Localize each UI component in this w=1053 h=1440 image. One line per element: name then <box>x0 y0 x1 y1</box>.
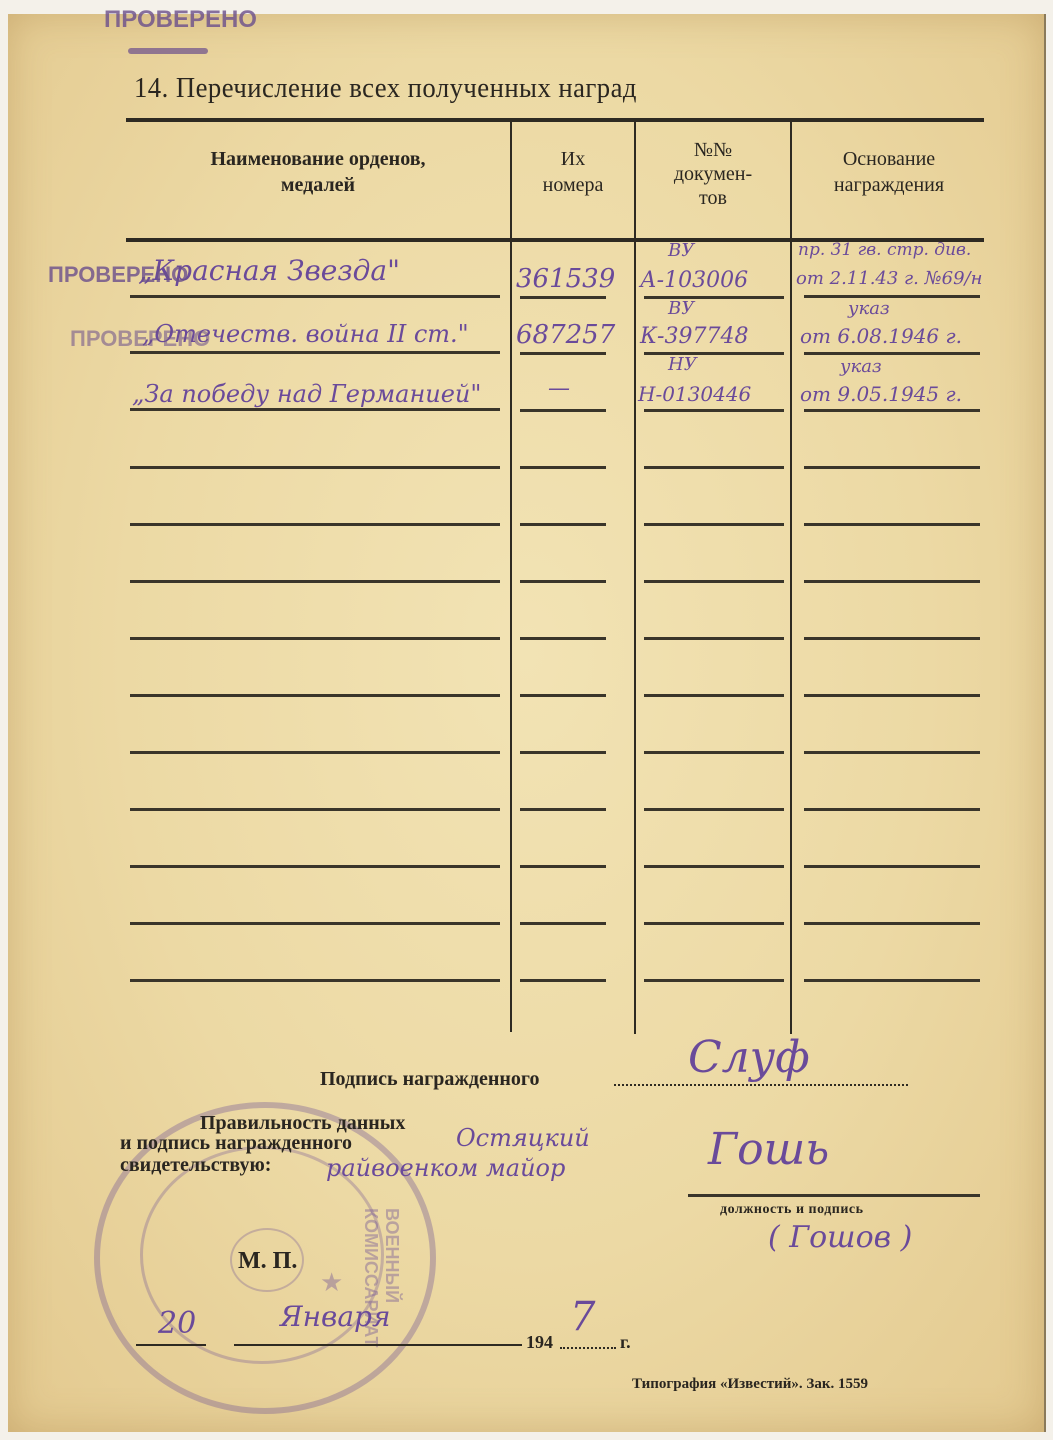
empty-row-line <box>644 751 784 754</box>
row-line <box>130 295 500 298</box>
empty-row-line <box>520 523 606 526</box>
award-basis-line1: пр. 31 гв. стр. див. <box>798 240 971 260</box>
header-line: №№ <box>638 138 788 162</box>
section-title: 14. Перечисление всех полученных наград <box>134 72 637 105</box>
empty-row-line <box>130 922 500 925</box>
seal-label: М. П. <box>238 1248 297 1275</box>
empty-row-line <box>130 979 500 982</box>
award-basis-line1: указ <box>840 356 882 377</box>
date-year-prefix: 194 <box>526 1332 553 1353</box>
empty-row-line <box>520 694 606 697</box>
empty-row-line <box>804 751 980 754</box>
stamp-mark <box>128 48 208 54</box>
header-line: Основание <box>794 146 984 172</box>
position-signature-caption: должность и подпись <box>720 1202 864 1218</box>
award-basis-line1: указ <box>848 298 890 319</box>
empty-row-line <box>130 694 500 697</box>
column-divider-2 <box>634 122 636 1034</box>
row-line <box>644 296 784 299</box>
header-line: медалей <box>148 172 488 198</box>
header-basis: Основание награждения <box>794 146 984 198</box>
empty-row-line <box>130 466 500 469</box>
empty-row-line <box>644 694 784 697</box>
empty-row-line <box>520 922 606 925</box>
empty-row-line <box>804 865 980 868</box>
certifier-name: ( Гошов ) <box>768 1220 912 1255</box>
date-year-unit: г. <box>620 1332 631 1353</box>
document-page: ПРОВЕРЕНО 14. Перечисление всех полученн… <box>8 14 1046 1432</box>
row-line <box>520 296 606 299</box>
certifier-signature: Гошь <box>708 1124 829 1175</box>
empty-row-line <box>130 580 500 583</box>
date-day: 20 <box>158 1306 196 1341</box>
stamp-checked-row2: ПРОВЕРЕНО <box>70 326 210 352</box>
award-number: 361539 <box>516 264 615 294</box>
row-line <box>804 352 980 355</box>
header-line: тов <box>638 186 788 210</box>
column-divider-1 <box>510 122 512 1032</box>
empty-row-line <box>130 751 500 754</box>
doc-number: А-103006 <box>640 268 748 293</box>
date-day-line <box>136 1344 206 1346</box>
certifier-signature-line <box>688 1194 980 1197</box>
certifier-position-2: райвоенком майор <box>326 1154 565 1182</box>
empty-row-line <box>130 523 500 526</box>
empty-row-line <box>130 637 500 640</box>
stamp-checked-row1: ПРОВЕРЕНО <box>48 262 188 288</box>
header-award-name: Наименование орденов, медалей <box>148 146 488 198</box>
awardee-signature: Слуф <box>688 1032 810 1083</box>
header-documents: №№ докумен- тов <box>638 138 788 210</box>
empty-row-line <box>804 979 980 982</box>
awardee-signature-line <box>614 1084 908 1086</box>
doc-number: Н-0130446 <box>638 382 751 406</box>
empty-row-line <box>804 808 980 811</box>
header-line: Наименование орденов, <box>148 146 488 172</box>
empty-row-line <box>520 865 606 868</box>
header-line: Их <box>514 146 632 172</box>
empty-row-line <box>520 751 606 754</box>
award-number: 687257 <box>516 320 615 350</box>
empty-row-line <box>644 637 784 640</box>
printer-note: Типография «Известий». Зак. 1559 <box>632 1376 868 1393</box>
date-year-suffix: 7 <box>570 1294 595 1340</box>
empty-row-line <box>804 637 980 640</box>
award-number: — <box>548 376 570 401</box>
awardee-signature-label: Подпись награжденного <box>320 1068 539 1091</box>
certify-label-2: и подпись награжденного <box>120 1132 352 1155</box>
certifier-position-1: Остяцкий <box>456 1124 590 1152</box>
date-month-line <box>234 1344 522 1346</box>
row-line <box>520 352 606 355</box>
empty-row-line <box>520 580 606 583</box>
empty-row-line <box>520 637 606 640</box>
empty-row-line <box>644 580 784 583</box>
empty-row-line <box>520 979 606 982</box>
header-numbers: Их номера <box>514 146 632 198</box>
empty-row-line <box>804 694 980 697</box>
column-divider-3 <box>790 122 792 1034</box>
empty-row-line <box>130 865 500 868</box>
empty-row-line <box>644 808 784 811</box>
award-basis-line2: от 6.08.1946 г. <box>800 324 962 348</box>
empty-row-line <box>644 523 784 526</box>
star-icon: ★ <box>320 1268 343 1298</box>
doc-number: К-397748 <box>640 324 748 349</box>
empty-row-line <box>644 979 784 982</box>
empty-row-line <box>804 922 980 925</box>
row-line <box>520 409 606 412</box>
header-line: номера <box>514 172 632 198</box>
row-line <box>644 409 784 412</box>
row-line <box>804 295 980 298</box>
empty-row-line <box>804 523 980 526</box>
doc-series: ВУ <box>668 240 694 261</box>
header-line: награждения <box>794 172 984 198</box>
empty-row-line <box>644 922 784 925</box>
empty-row-line <box>520 466 606 469</box>
row-line <box>644 352 784 355</box>
date-year-line <box>560 1347 616 1349</box>
empty-row-line <box>520 808 606 811</box>
doc-series: НУ <box>668 354 697 375</box>
empty-row-line <box>804 466 980 469</box>
stamp-checked-top: ПРОВЕРЕНО <box>104 6 257 34</box>
award-name: „За победу над Германией" <box>132 380 481 408</box>
doc-series: ВУ <box>668 298 694 319</box>
certify-label-3: свидетельствую: <box>120 1154 271 1177</box>
award-basis-line2: от 2.11.43 г. №69/н <box>796 268 982 289</box>
award-basis-line2: от 9.05.1945 г. <box>800 382 962 406</box>
header-line: докумен- <box>638 162 788 186</box>
empty-row-line <box>130 808 500 811</box>
table-top-rule <box>126 118 984 122</box>
date-month: Января <box>280 1300 391 1333</box>
empty-row-line <box>644 865 784 868</box>
row-line <box>130 408 500 411</box>
row-line <box>804 409 980 412</box>
empty-row-line <box>804 580 980 583</box>
empty-row-line <box>644 466 784 469</box>
